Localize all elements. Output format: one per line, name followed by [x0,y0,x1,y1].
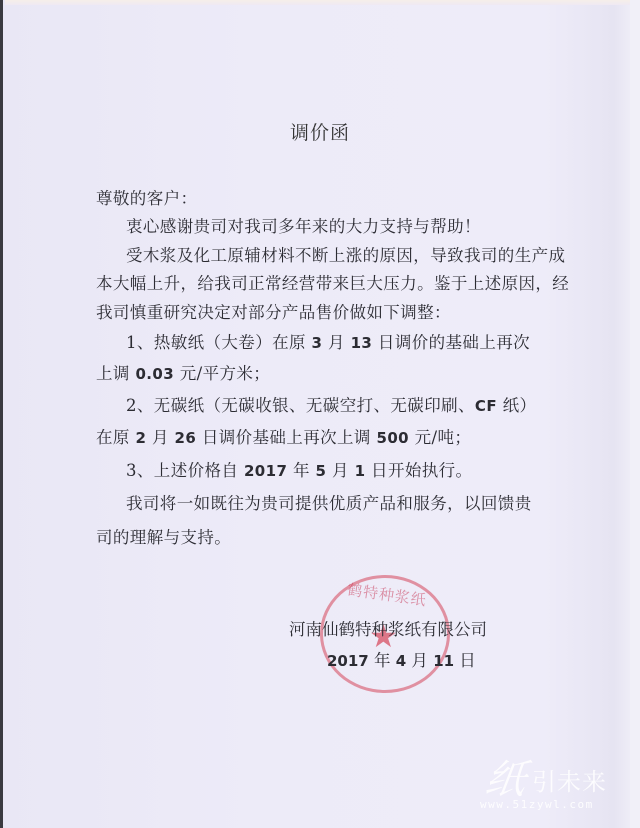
item-3-text: 日开始执行。 [365,461,472,480]
watermark-logo-char: 纸 [482,748,530,805]
item-2-unit: 元/吨； [409,428,471,447]
item-3-year: 2017 [244,462,287,480]
item-1-line-1: 1、热敏纸（大卷）在原 3 月 13 日调价的基础上再次 [126,329,530,353]
item-1-text: 日调价的基础上再次 [372,333,530,352]
signature-company: 河南仙鹤特种浆纸有限公司 [289,616,487,640]
paragraph-reason-line-2: 本大幅上升，给我司正常经营带来巨大压力。鉴于上述原因，经 [96,270,569,294]
item-2-text: 日调价基础上再次上调 [196,428,376,447]
paragraph-reason-line-1: 受木浆及化工原辅材料不断上涨的原因，导致我司的生产成 [126,242,565,266]
site-watermark: 纸 引未来 www.51zywl.com [480,748,630,818]
item-1-month: 3 [312,334,323,352]
paragraph-reason-line-3: 我司慎重研究决定对部分产品售价做如下调整： [96,299,451,323]
closing-line-1: 我司将一如既往为贵司提供优质产品和服务，以回馈贵 [126,490,532,514]
item-1-unit: 元/平方米； [174,364,270,383]
item-3-text: 3、上述价格自 [126,461,244,480]
item-3-month: 5 [316,462,327,480]
signature-day-label: 日 [454,651,476,670]
closing-line-2: 司的理解与支持。 [96,524,231,548]
salutation: 尊敬的客户： [96,185,197,209]
item-3-line-1: 3、上述价格自 2017 年 5 月 1 日开始执行。 [126,457,472,481]
item-1-day: 13 [351,334,373,352]
item-3-text: 月 [326,461,354,480]
signature-day: 11 [433,652,454,670]
item-1-text: 1、热敏纸（大卷）在原 [126,333,312,352]
page-top-edge [5,0,635,5]
item-2-month: 2 [135,429,146,447]
document-title: 调价函 [0,118,640,145]
signature-month: 4 [396,652,406,670]
item-2-amount: 500 [376,429,409,447]
item-2-cf: CF [475,397,497,415]
item-1-amount: 0.03 [135,365,174,383]
item-2-text: 月 [146,428,174,447]
signature-year-label: 年 [369,651,396,670]
item-1-line-2: 上调 0.03 元/平方米； [96,360,270,384]
seal-text: 鹤特种浆纸 [346,579,428,611]
item-2-line-1: 2、无碳纸（无碳收银、无碳空打、无碳印刷、CF 纸） [126,392,536,416]
signature-year: 2017 [327,652,369,670]
watermark-brand: 引未来 [532,762,607,797]
signature-date: 2017 年 4 月 11 日 [327,647,476,671]
paragraph-thanks: 衷心感谢贵司对我司多年来的大力支持与帮助！ [126,213,481,237]
item-2-day: 26 [175,429,197,447]
item-2-text: 2、无碳纸（无碳收银、无碳空打、无碳印刷、 [126,396,475,415]
item-3-day: 1 [355,462,366,480]
signature-month-label: 月 [406,651,433,670]
item-2-text: 纸） [497,396,536,415]
item-1-text: 月 [322,333,350,352]
item-2-line-2: 在原 2 月 26 日调价基础上再次上调 500 元/吨； [96,424,471,448]
item-3-text: 年 [287,461,315,480]
watermark-url: www.51zywl.com [480,798,594,811]
document-page: 调价函 尊敬的客户： 衷心感谢贵司对我司多年来的大力支持与帮助！ 受木浆及化工原… [0,0,640,828]
item-2-text: 在原 [96,428,135,447]
item-1-text: 上调 [96,364,135,383]
